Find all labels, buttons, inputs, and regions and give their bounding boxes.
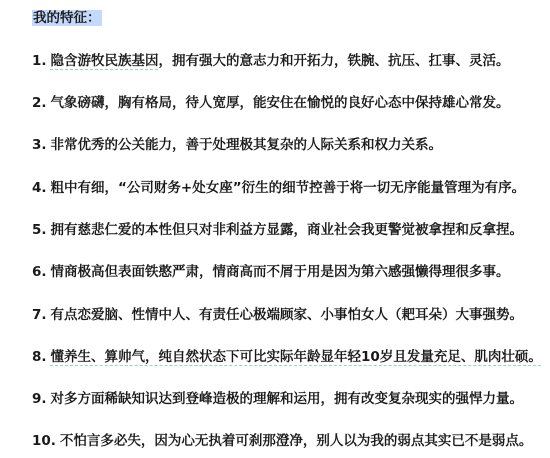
item-number: 6. [32,264,47,280]
item-number: 7. [32,307,47,323]
section-heading: 我的特征： [32,9,102,27]
item-text: 非常优秀的公关能力，善于处理极其复杂的人际关系和权力关系。 [51,137,443,153]
list-item-6[interactable]: 6.情商极高但表面铁憨严肃，情商高而不屑于用是因为第六感强懒得理很多事。 [32,263,510,281]
spellcheck-marked-text[interactable]: 隐含游牧民族基因 [51,53,159,69]
list-item-9[interactable]: 9.对多方面稀缺知识达到登峰造极的理解和运用，拥有改变复杂现实的强悍力量。 [32,390,523,408]
item-number: 5. [32,222,47,238]
item-number: 9. [32,391,47,407]
list-item-8[interactable]: 8.懂养生、算帅气，纯自然状态下可比实际年龄显年轻10岁且发量充足、肌肉壮硕。 [32,348,542,366]
list-item-5[interactable]: 5.拥有慈悲仁爱的本性但只对非利益方显露，商业社会我更警觉被拿捏和反拿捏。 [32,221,523,239]
item-text: 对多方面稀缺知识达到登峰造极的理解和运用，拥有改变复杂现实的强悍力量。 [51,391,524,407]
list-item-3[interactable]: 3.非常优秀的公关能力，善于处理极其复杂的人际关系和权力关系。 [32,136,442,154]
item-number: 3. [32,137,47,153]
item-number: 2. [32,95,47,111]
item-number: 10. [32,433,56,449]
item-text: 有点恋爱脑、性情中人、有责任心极端顾家、小事怕女人（耙耳朵）大事强势。 [51,307,524,323]
item-text: 气象磅礴，胸有格局，待人宽厚，能安住在愉悦的良好心态中保持雄心常发。 [51,95,510,111]
item-text: 不怕言多必失，因为心无执着可刹那澄净，别人以为我的弱点其实已不是弱点。 [60,433,533,449]
item-number: 4. [32,180,47,196]
list-item-1[interactable]: 1.隐含游牧民族基因，拥有强大的意志力和开拓力，铁腕、抗压、扛事、灵活。 [32,52,510,70]
highlighted-heading-text[interactable]: 我的特征： [32,10,102,26]
item-text-post: ，拥有强大的意志力和开拓力，铁腕、抗压、扛事、灵活。 [159,53,510,69]
item-text: 粗中有细，“公司财务+处女座”衍生的细节控善于将一切无序能量管理为有序。 [51,180,526,196]
item-number: 1. [32,53,47,69]
list-item-10[interactable]: 10.不怕言多必失，因为心无执着可刹那澄净，别人以为我的弱点其实已不是弱点。 [32,432,532,450]
item-text: 情商极高但表面铁憨严肃，情商高而不屑于用是因为第六感强懒得理很多事。 [51,264,510,280]
list-item-7[interactable]: 7.有点恋爱脑、性情中人、有责任心极端顾家、小事怕女人（耙耳朵）大事强势。 [32,306,523,324]
list-item-4[interactable]: 4.粗中有细，“公司财务+处女座”衍生的细节控善于将一切无序能量管理为有序。 [32,179,525,197]
list-item-2[interactable]: 2.气象磅礴，胸有格局，待人宽厚，能安住在愉悦的良好心态中保持雄心常发。 [32,94,510,112]
spellcheck-marked-text[interactable]: 懂养生、算帅气，纯自然状态下可比实际年龄显年轻10岁且发量充足、肌肉壮硕。 [51,349,542,365]
item-number: 8. [32,349,47,365]
item-text: 拥有慈悲仁爱的本性但只对非利益方显露，商业社会我更警觉被拿捏和反拿捏。 [51,222,524,238]
